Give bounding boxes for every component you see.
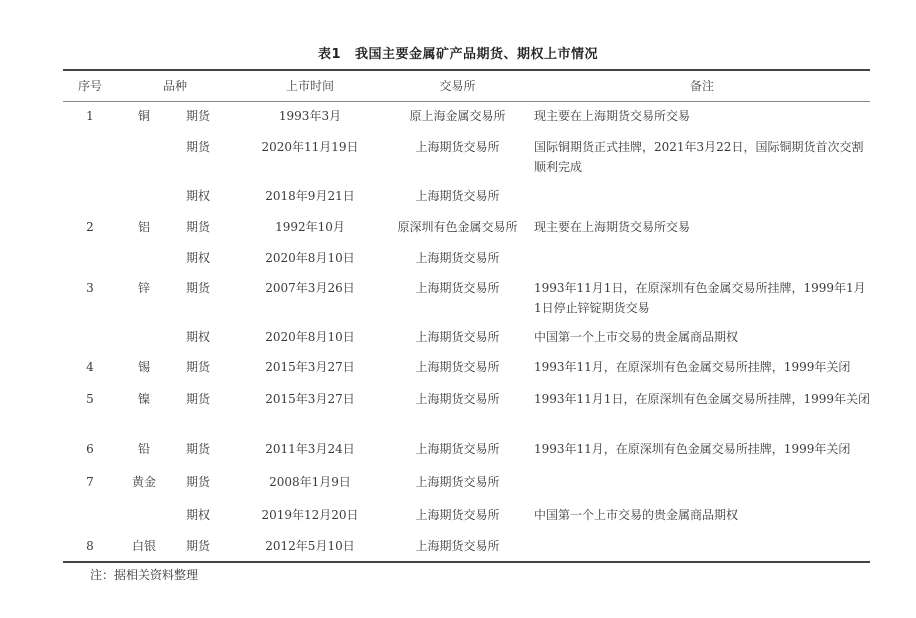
- row-type: 期货: [178, 472, 218, 492]
- row-listing-date: 2007年3月26日: [235, 278, 385, 298]
- row-exchange: 上海期货交易所: [385, 186, 530, 206]
- row-type: 期货: [178, 536, 218, 556]
- row-remarks: 中国第一个上市交易的贵金属商品期权: [534, 505, 870, 525]
- row-metal: 铅: [126, 439, 162, 459]
- row-exchange: 原深圳有色金属交易所: [385, 217, 530, 237]
- row-index: 3: [70, 278, 110, 298]
- table-title: 表1我国主要金属矿产品期货、期权上市情况: [0, 43, 916, 62]
- row-metal: 锡: [126, 357, 162, 377]
- row-remarks: 1993年11月1日，在原深圳有色金属交易所挂牌，1999年1月1日停止锌锭期货…: [534, 278, 870, 318]
- row-remarks: 中国第一个上市交易的贵金属商品期权: [534, 327, 870, 347]
- row-exchange: 上海期货交易所: [385, 389, 530, 409]
- row-type: 期权: [178, 505, 218, 525]
- row-listing-date: 2011年3月24日: [235, 439, 385, 459]
- header-remarks: 备注: [534, 76, 870, 96]
- row-exchange: 上海期货交易所: [385, 472, 530, 492]
- footnote: 注：据相关资料整理: [90, 566, 198, 583]
- row-listing-date: 2012年5月10日: [235, 536, 385, 556]
- row-listing-date: 2020年11月19日: [235, 137, 385, 157]
- header-variety: 品种: [145, 76, 205, 96]
- row-metal: 铜: [126, 106, 162, 126]
- row-exchange: 上海期货交易所: [385, 248, 530, 268]
- row-type: 期货: [178, 389, 218, 409]
- row-index: 2: [70, 217, 110, 237]
- row-remarks: 1993年11月1日，在原深圳有色金属交易所挂牌，1999年关闭: [534, 389, 870, 409]
- row-index: 7: [70, 472, 110, 492]
- header-index: 序号: [70, 76, 110, 96]
- row-listing-date: 2008年1月9日: [235, 472, 385, 492]
- top-rule: [63, 69, 870, 71]
- row-metal: 黄金: [126, 472, 162, 492]
- row-listing-date: 1993年3月: [235, 106, 385, 126]
- row-exchange: 上海期货交易所: [385, 536, 530, 556]
- row-metal: 镍: [126, 389, 162, 409]
- row-type: 期货: [178, 278, 218, 298]
- table-title-text: 我国主要金属矿产品期货、期权上市情况: [355, 47, 598, 62]
- row-type: 期货: [178, 217, 218, 237]
- row-listing-date: 1992年10月: [235, 217, 385, 237]
- row-type: 期货: [178, 439, 218, 459]
- row-type: 期权: [178, 327, 218, 347]
- row-exchange: 上海期货交易所: [385, 505, 530, 525]
- row-type: 期货: [178, 357, 218, 377]
- table-number: 表1: [318, 47, 341, 62]
- bottom-rule: [63, 561, 870, 563]
- row-remarks: 1993年11月，在原深圳有色金属交易所挂牌，1999年关闭: [534, 439, 870, 459]
- row-exchange: 上海期货交易所: [385, 327, 530, 347]
- header-rule: [63, 101, 870, 102]
- row-remarks: 1993年11月，在原深圳有色金属交易所挂牌，1999年关闭: [534, 357, 870, 377]
- row-remarks: 现主要在上海期货交易所交易: [534, 217, 870, 237]
- row-exchange: 上海期货交易所: [385, 278, 530, 298]
- row-index: 4: [70, 357, 110, 377]
- row-metal: 锌: [126, 278, 162, 298]
- row-remarks: 国际铜期货正式挂牌，2021年3月22日，国际铜期货首次交割顺利完成: [534, 137, 870, 177]
- header-exchange: 交易所: [385, 76, 530, 96]
- row-index: 5: [70, 389, 110, 409]
- row-type: 期货: [178, 137, 218, 157]
- row-exchange: 上海期货交易所: [385, 137, 530, 157]
- row-exchange: 上海期货交易所: [385, 357, 530, 377]
- row-type: 期权: [178, 248, 218, 268]
- row-metal: 铝: [126, 217, 162, 237]
- row-listing-date: 2020年8月10日: [235, 248, 385, 268]
- row-type: 期权: [178, 186, 218, 206]
- header-listing-date: 上市时间: [235, 76, 385, 96]
- row-type: 期货: [178, 106, 218, 126]
- row-index: 8: [70, 536, 110, 556]
- row-listing-date: 2018年9月21日: [235, 186, 385, 206]
- row-listing-date: 2019年12月20日: [235, 505, 385, 525]
- row-remarks: 现主要在上海期货交易所交易: [534, 106, 870, 126]
- row-listing-date: 2020年8月10日: [235, 327, 385, 347]
- row-metal: 白银: [126, 536, 162, 556]
- row-listing-date: 2015年3月27日: [235, 389, 385, 409]
- row-index: 1: [70, 106, 110, 126]
- row-listing-date: 2015年3月27日: [235, 357, 385, 377]
- row-exchange: 原上海金属交易所: [385, 106, 530, 126]
- row-exchange: 上海期货交易所: [385, 439, 530, 459]
- row-index: 6: [70, 439, 110, 459]
